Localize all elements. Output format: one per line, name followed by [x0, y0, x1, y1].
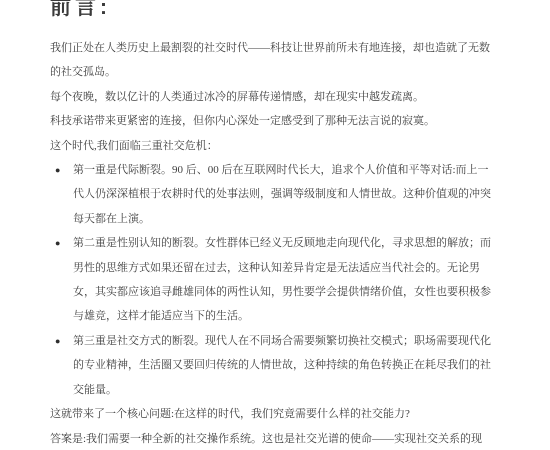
intro-paragraph: 每个夜晚，数以亿计的人类通过冰冷的屏幕传递情感，却在现实中越发疏离。	[50, 85, 498, 109]
list-item: ● 第一重是代际断裂。90 后、00 后在互联网时代长大，追求个人价值和平等对话…	[50, 158, 498, 231]
bullet-icon: ●	[55, 231, 60, 255]
page-title: 前言:	[50, 0, 498, 21]
bullet-text: 第三重是社交方式的断裂。现代人在不同场合需要频繁切换社交模式；职场需要现代化的专…	[73, 335, 491, 396]
list-item: ● 第二重是性别认知的断裂。女性群体已经义无反顾地走向现代化，寻求思想的解放；而…	[50, 231, 498, 329]
bullet-text: 第一重是代际断裂。90 后、00 后在互联网时代长大，追求个人价值和平等对话:而…	[73, 164, 491, 225]
intro-paragraph: 我们正处在人类历史上最割裂的社交时代——科技让世界前所未有地连接，却也造就了无数…	[50, 36, 498, 85]
intro-paragraph: 科技承诺带来更紧密的连接，但你内心深处一定感受到了那种无法言说的寂寞。	[50, 109, 498, 133]
bullet-text: 第二重是性别认知的断裂。女性群体已经义无反顾地走向现代化，寻求思想的解放；而男性…	[73, 237, 491, 322]
bullet-icon: ●	[55, 158, 60, 182]
intro-paragraph: 这个时代,我们面临三重社交危机：	[50, 134, 498, 158]
closing-paragraph: 这就带来了一个核心问题:在这样的时代，我们究竟需要什么样的社交能力?	[50, 402, 498, 426]
document-body: 我们正处在人类历史上最割裂的社交时代——科技让世界前所未有地连接，却也造就了无数…	[50, 36, 498, 450]
document-page: 前言: 我们正处在人类历史上最割裂的社交时代——科技让世界前所未有地连接，却也造…	[0, 0, 550, 450]
bullet-icon: ●	[55, 329, 60, 353]
list-item: ● 第三重是社交方式的断裂。现代人在不同场合需要频繁切换社交模式；职场需要现代化…	[50, 329, 498, 402]
closing-paragraph: 答案是:我们需要一种全新的社交操作系统。这也是社交光谱的使命——实现社交关系的现	[50, 427, 498, 450]
crisis-bullet-list: ● 第一重是代际断裂。90 后、00 后在互联网时代长大，追求个人价值和平等对话…	[50, 158, 498, 402]
